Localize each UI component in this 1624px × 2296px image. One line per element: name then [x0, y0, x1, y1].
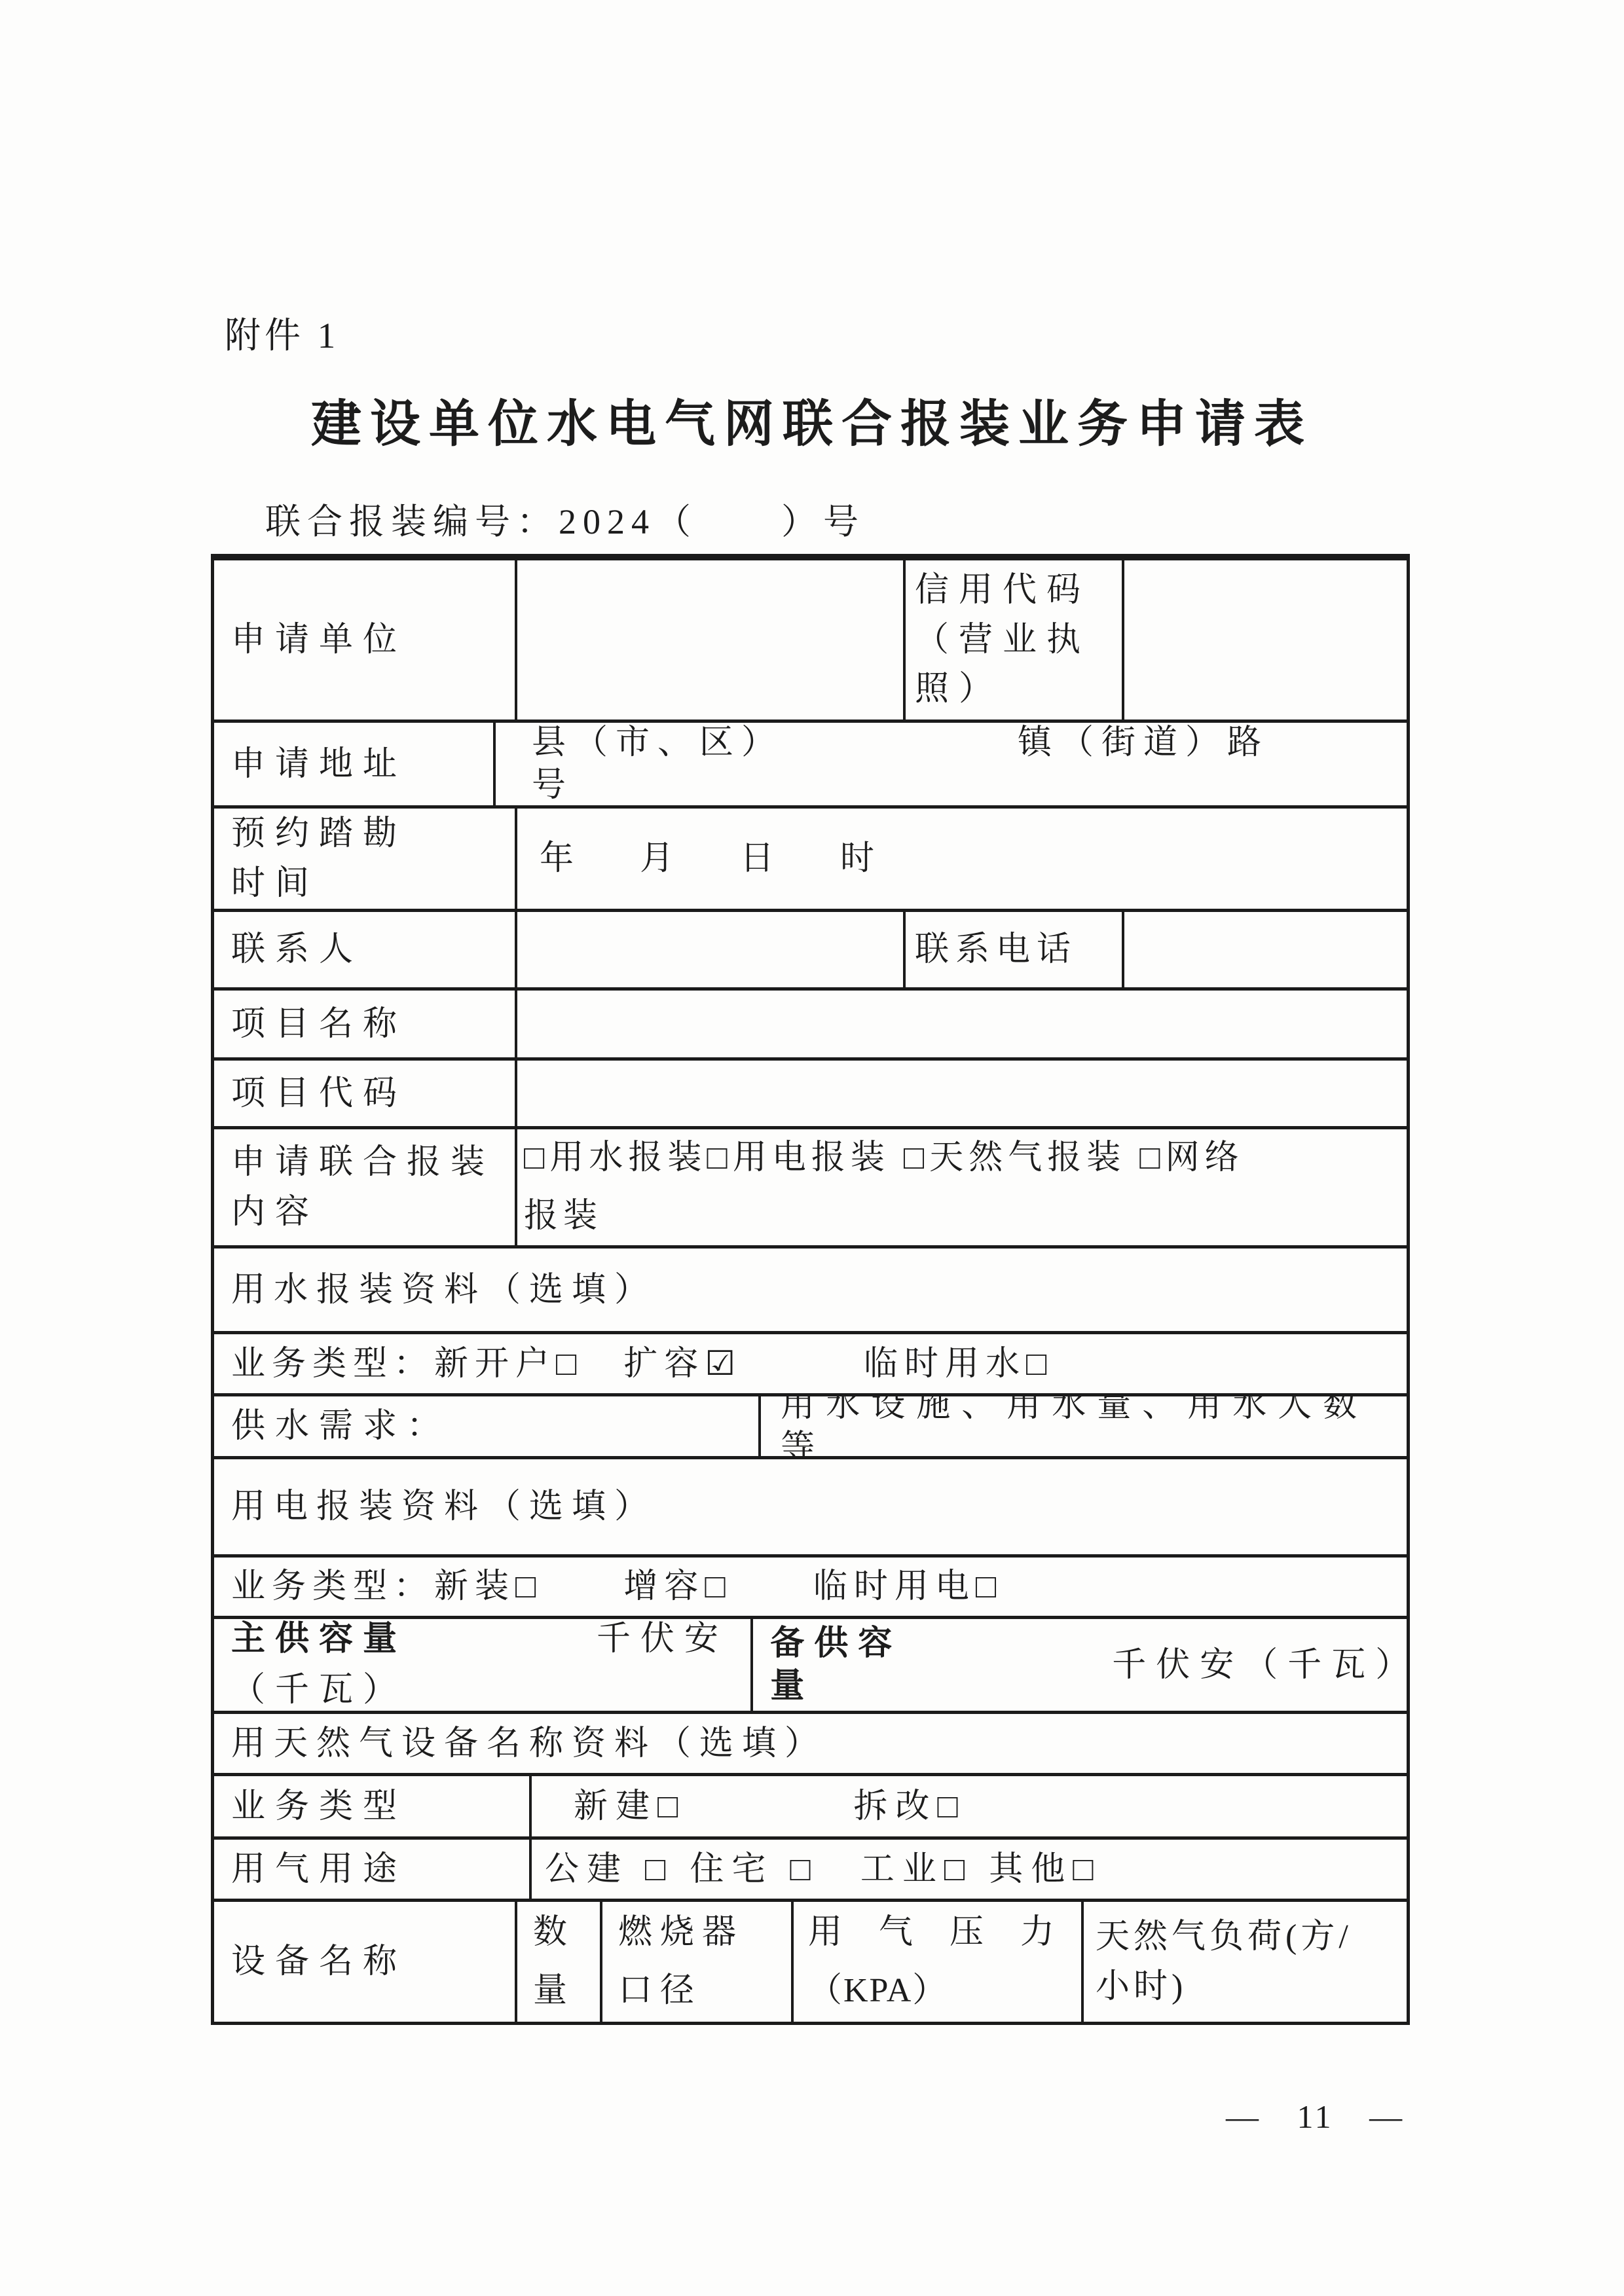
- device-name-header-cell: 设备名称: [214, 1902, 517, 2022]
- power-section-title-cell: 用电报装资料（选填）: [214, 1459, 1407, 1554]
- water-business-type-cell: 业务类型：新开户□ 扩容☑ 临时用水□: [214, 1334, 1407, 1393]
- joint-content-label-cell: 申请联合报装 内容: [214, 1129, 517, 1245]
- gas-pressure-header-cell: 用 气 压 力 （KPA）: [794, 1902, 1084, 2022]
- burner-diameter-header-cell: 燃烧器 口径: [602, 1902, 794, 2022]
- water-demand-hint-cell: 用水设施、用水量、用水人数等: [761, 1396, 1407, 1456]
- application-form-table: 申请单位 信用代码 （营业执 照） 申请地址 县（市、区） 镇（街道）路 号 预…: [211, 554, 1410, 2025]
- table-row-gas-business-type: 业务类型 新建□ 拆改□: [214, 1776, 1407, 1840]
- serial-number-line: 联合报装编号：2024（ ）号: [265, 494, 865, 544]
- water-demand-label-cell: 供水需求：: [214, 1396, 761, 1456]
- gas-load-header-cell: 天然气负荷(方/ 小时): [1084, 1902, 1407, 2022]
- project-code-value-cell: [517, 1061, 1407, 1126]
- scanned-form-page: 附件 1 建设单位水电气网联合报装业务申请表 联合报装编号：2024（ ）号 申…: [0, 0, 1624, 2296]
- gas-business-type-options-cell: 新建□ 拆改□: [532, 1776, 1407, 1836]
- table-row-survey-time: 预约踏勘 时间 年 月 日 时: [214, 809, 1407, 912]
- page-title: 建设单位水电气网联合报装业务申请表: [0, 384, 1624, 456]
- address-value-cell: 县（市、区） 镇（街道）路 号: [496, 723, 1407, 805]
- project-name-label-cell: 项目名称: [214, 991, 517, 1057]
- project-name-value-cell: [517, 991, 1407, 1057]
- credit-code-value-cell: [1124, 560, 1407, 720]
- table-row-power-business-type: 业务类型：新装□ 增容□ 临时用电□: [214, 1558, 1407, 1619]
- table-row-project-code: 项目代码: [214, 1061, 1407, 1129]
- contact-phone-value-cell: [1124, 912, 1407, 987]
- project-code-label-cell: 项目代码: [214, 1061, 517, 1126]
- survey-time-value-cell: 年 月 日 时: [517, 809, 1407, 909]
- contact-phone-label-cell: 联系电话: [906, 912, 1124, 987]
- contact-person-label-cell: 联系人: [214, 912, 517, 987]
- attachment-label: 附件 1: [225, 306, 339, 358]
- address-label-cell: 申请地址: [214, 723, 496, 805]
- main-supply-capacity-line1: 主供容量千伏安: [231, 1619, 728, 1665]
- joint-content-checkbox-cell: □用水报装□用电报装 □天然气报装 □网络 报装: [517, 1129, 1407, 1245]
- water-section-title-cell: 用水报装资料（选填）: [214, 1248, 1407, 1331]
- gas-purpose-options-cell: 公建 □ 住宅 □ 工业□ 其他□: [532, 1840, 1407, 1899]
- credit-code-label-cell: 信用代码 （营业执 照）: [906, 560, 1124, 720]
- table-row-water-section-header: 用水报装资料（选填）: [214, 1248, 1407, 1334]
- main-supply-capacity-label: 主供容量: [231, 1620, 407, 1658]
- table-row-power-section-header: 用电报装资料（选填）: [214, 1459, 1407, 1558]
- gas-business-type-label-cell: 业务类型: [214, 1776, 532, 1836]
- backup-supply-capacity-cell: 备供容量千伏安（千瓦）: [753, 1619, 1407, 1711]
- gas-purpose-label-cell: 用气用途: [214, 1840, 532, 1899]
- main-supply-capacity-unit: 千伏安: [597, 1620, 728, 1658]
- contact-person-value-cell: [517, 912, 906, 987]
- table-row-water-demand: 供水需求： 用水设施、用水量、用水人数等: [214, 1396, 1407, 1459]
- backup-supply-capacity-unit: 千伏安（千瓦）: [1112, 1644, 1407, 1686]
- page-number: — 11 —: [1226, 2098, 1405, 2136]
- table-row-water-business-type: 业务类型：新开户□ 扩容☑ 临时用水□: [214, 1334, 1407, 1396]
- applicant-unit-value-cell: [517, 560, 906, 720]
- table-row-joint-content: 申请联合报装 内容 □用水报装□用电报装 □天然气报装 □网络 报装: [214, 1129, 1407, 1248]
- power-business-type-cell: 业务类型：新装□ 增容□ 临时用电□: [214, 1558, 1407, 1616]
- table-row-project-name: 项目名称: [214, 991, 1407, 1061]
- backup-supply-capacity-label: 备供容量: [770, 1622, 938, 1707]
- table-row-supply-capacity: 主供容量千伏安 （千瓦） 备供容量千伏安（千瓦）: [214, 1619, 1407, 1714]
- main-supply-capacity-cell: 主供容量千伏安 （千瓦）: [214, 1619, 753, 1711]
- table-row-gas-purpose: 用气用途 公建 □ 住宅 □ 工业□ 其他□: [214, 1840, 1407, 1902]
- table-row-contact: 联系人 联系电话: [214, 912, 1407, 991]
- table-row-gas-device-header: 设备名称 数 量 燃烧器 口径 用 气 压 力 （KPA） 天然气负荷(方/ 小…: [214, 1902, 1407, 2022]
- gas-section-title-cell: 用天然气设备名称资料（选填）: [214, 1714, 1407, 1773]
- table-row-gas-section-header: 用天然气设备名称资料（选填）: [214, 1714, 1407, 1776]
- table-row-applicant: 申请单位 信用代码 （营业执 照）: [214, 560, 1407, 723]
- table-row-address: 申请地址 县（市、区） 镇（街道）路 号: [214, 723, 1407, 809]
- applicant-unit-label-cell: 申请单位: [214, 560, 517, 720]
- device-quantity-header-cell: 数 量: [517, 1902, 602, 2022]
- main-supply-capacity-label2: （千瓦）: [231, 1665, 407, 1711]
- survey-time-label-cell: 预约踏勘 时间: [214, 809, 517, 909]
